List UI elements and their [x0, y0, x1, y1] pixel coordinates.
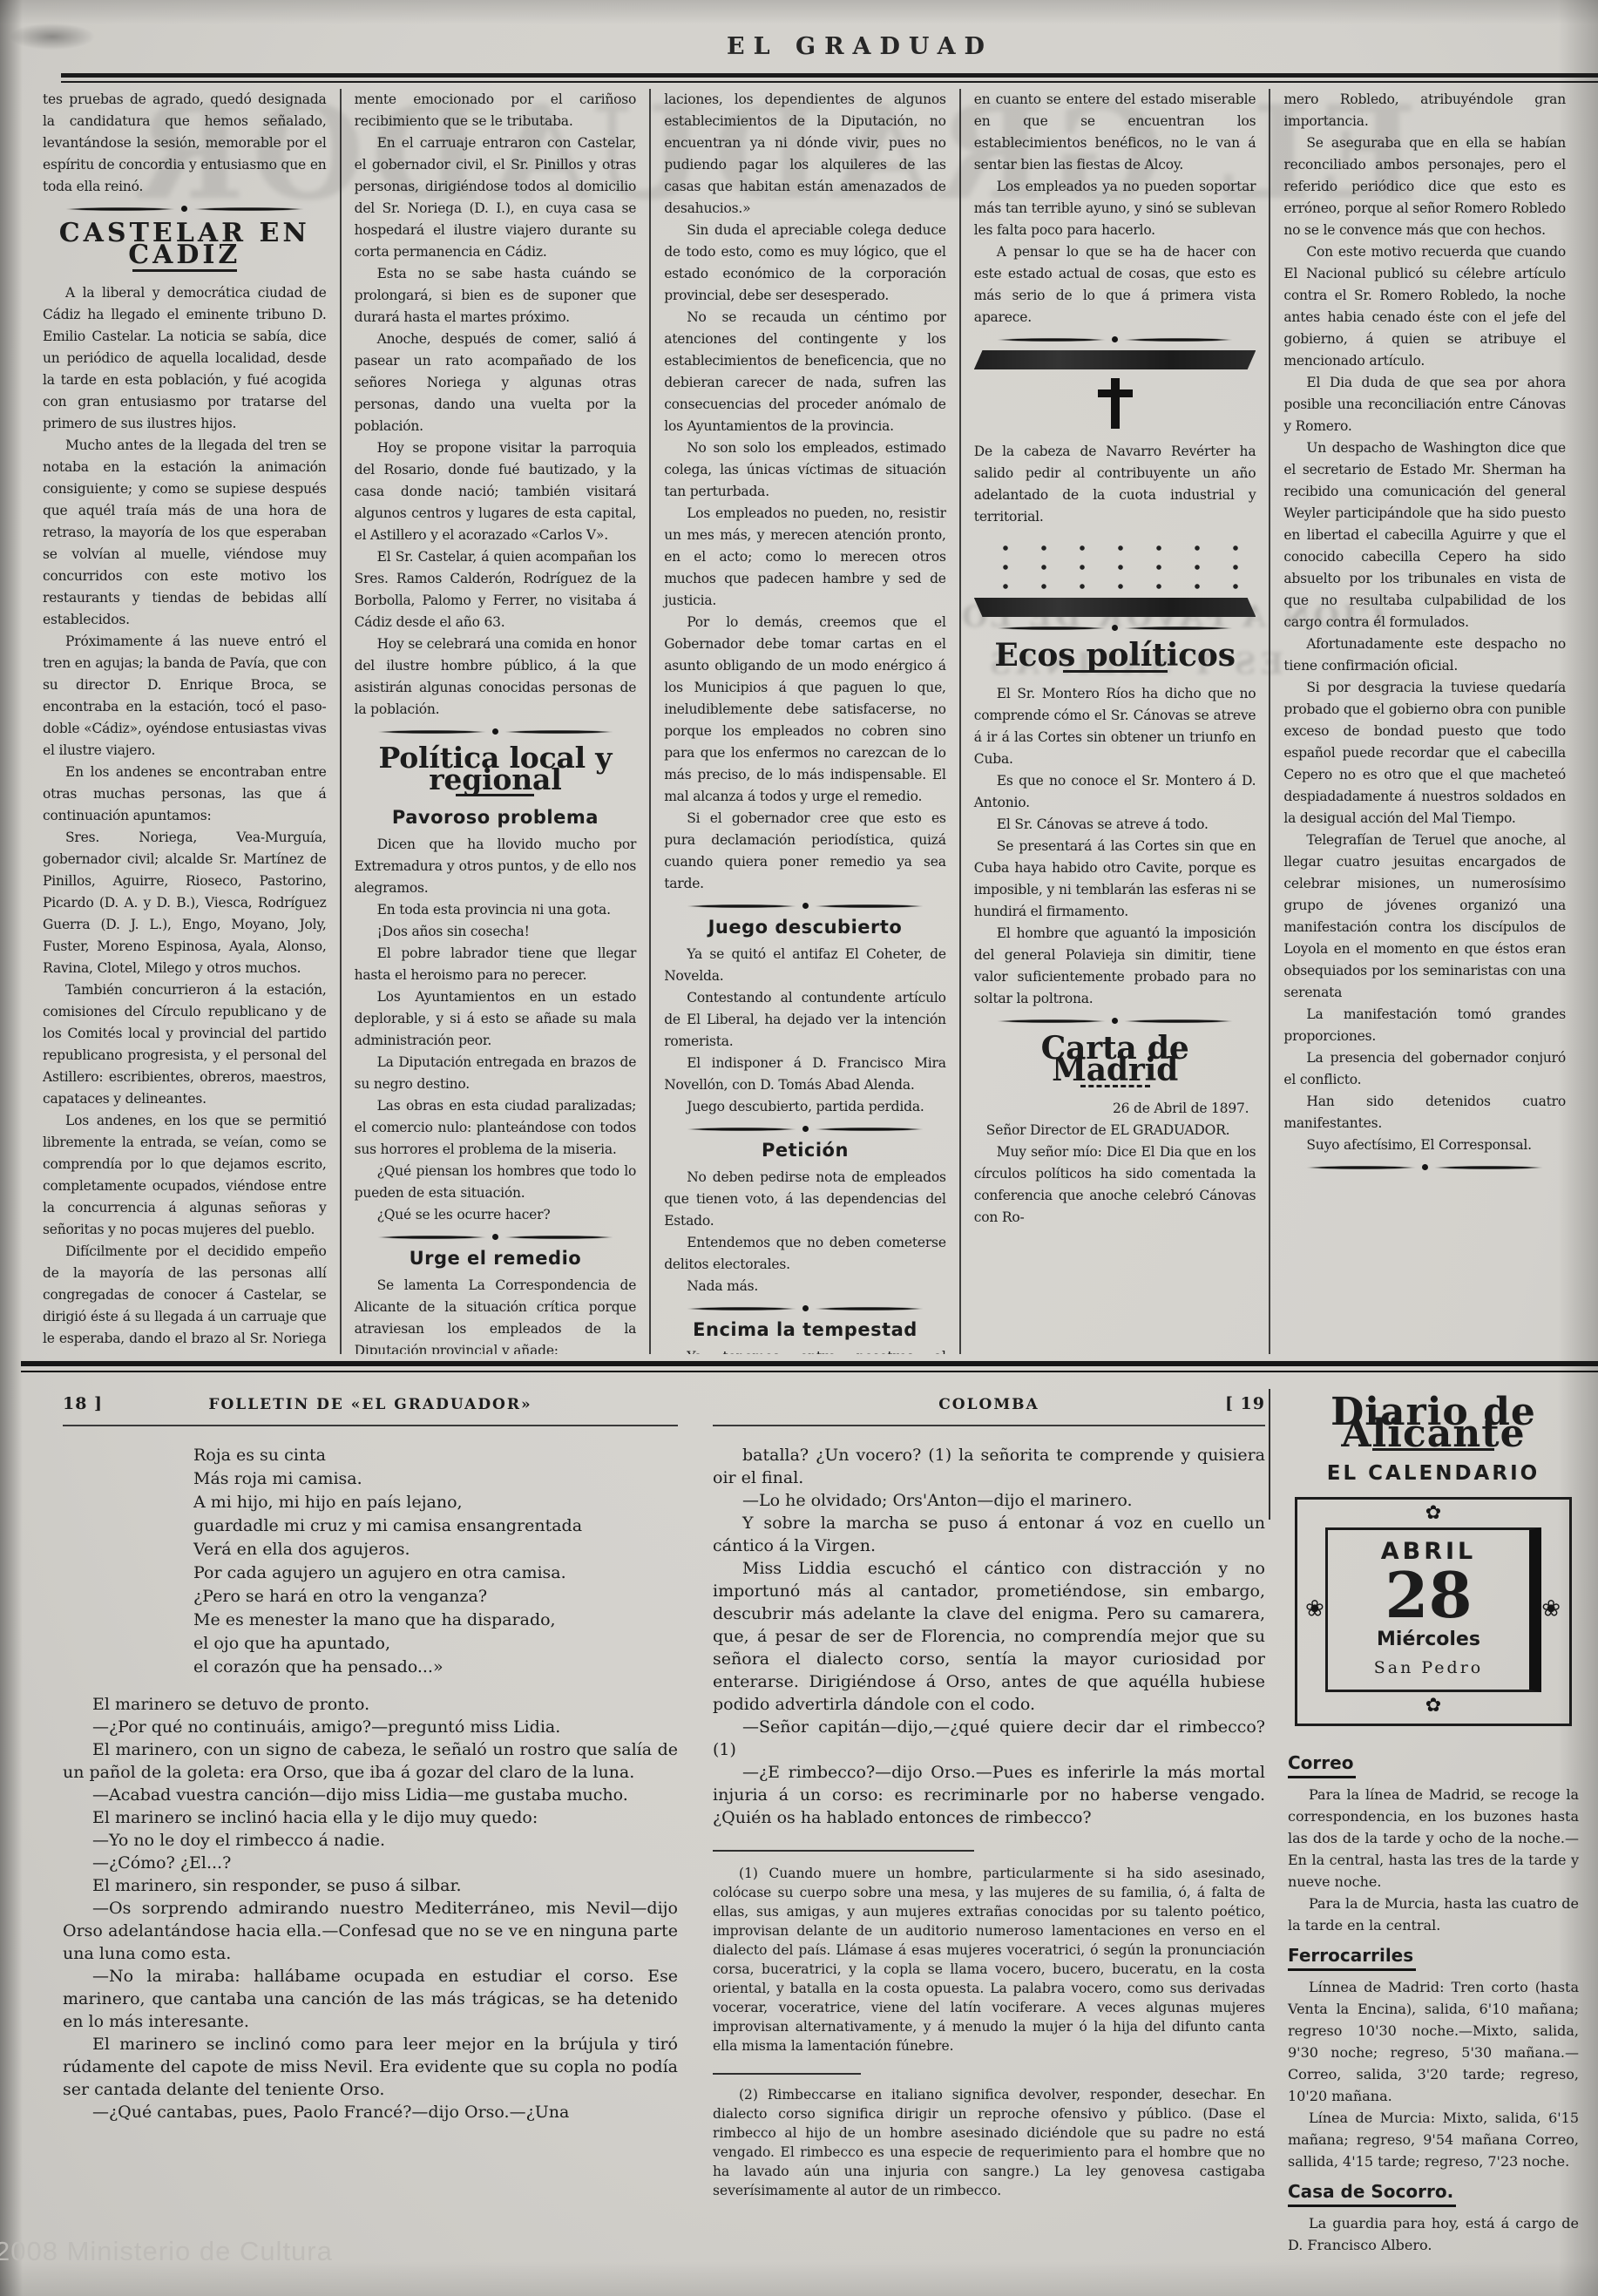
verse-line: el ojo que ha apuntado, — [193, 1632, 678, 1656]
notice-paragraph: Línnea de Madrid: Tren corto (hasta Vent… — [1288, 1976, 1579, 2107]
front-page-columns: tes pruebas de agrado, quedó designada l… — [30, 89, 1579, 1354]
obituary-notice: De la cabeza de Navarro Revérter ha sali… — [974, 350, 1256, 617]
feuilleton-title: FOLLETIN DE «EL GRADUADOR» — [159, 1393, 582, 1416]
article-paragraph: El pobre labrador tiene que llegar hasta… — [355, 943, 637, 986]
article-paragraph: Si el gobernador cree que esto es pura d… — [664, 808, 946, 895]
article-paragraph: No son solo los empleados, estimado cole… — [664, 437, 946, 503]
calendar-weekday: Miércoles — [1331, 1629, 1526, 1650]
newspaper-page: EL GRADUADOR CION A FAVOR DE LO ES Y SAL… — [0, 0, 1598, 2296]
archive-watermark: 2008 Ministerio de Cultura — [0, 2236, 333, 2267]
article-paragraph: Dicen que ha llovido mucho por Extremadu… — [355, 834, 637, 899]
article-paragraph: Los Ayuntamientos en un estado deplorabl… — [355, 986, 637, 1052]
mourning-bar — [974, 350, 1256, 369]
article-paragraph: Es que no conoce el Sr. Montero á D. Ant… — [974, 770, 1256, 814]
section-divider — [65, 206, 304, 212]
story-paragraph: El marinero se inclinó como para leer me… — [63, 2033, 678, 2101]
story-paragraph: El marinero se inclinó hacia ella y le d… — [63, 1806, 678, 1829]
story-paragraph: —¿Cómo? ¿El...? — [63, 1852, 678, 1874]
calendar-date-box: ❀ ❀ ABRIL 28 Miércoles San Pedro — [1325, 1527, 1541, 1692]
article-paragraph: Sres. Noriega, Vea-Murguía, gobernador c… — [43, 827, 327, 979]
story-paragraph: —¿Por qué no continuáis, amigo?—preguntó… — [63, 1716, 678, 1738]
article-paragraph: En toda esta provincia ni una gota. — [355, 899, 637, 921]
running-head: EL GRADUAD — [0, 33, 1598, 60]
article-paragraph: A pensar lo que se ha de hacer con este … — [974, 241, 1256, 328]
story-paragraph: batalla? ¿Un vocero? (1) la señorita te … — [713, 1444, 1265, 1489]
letter-date: 26 de Abril de 1897. — [974, 1098, 1256, 1120]
article-paragraph: Muy señor mío: Dice El Dia que en los cí… — [974, 1141, 1256, 1229]
article-paragraph: laciones, los dependientes de algunos es… — [664, 89, 946, 220]
article-paragraph: tes pruebas de agrado, quedó designada l… — [43, 89, 327, 198]
article-paragraph: Difícilmente por el decidido empeño de l… — [43, 1241, 327, 1354]
notice-paragraph: Para la de Murcia, hasta las cuatro de l… — [1288, 1893, 1579, 1936]
article-paragraph: Han sido detenidos cuatro manifestantes. — [1283, 1091, 1566, 1134]
subhead-casa-de-socorro: Casa de Socorro. — [1288, 2181, 1456, 2207]
story-paragraph: El marinero, con un signo de cabeza, le … — [63, 1738, 678, 1784]
article-paragraph: El Dia duda de que sea por ahora posible… — [1283, 372, 1566, 437]
article-paragraph: Los andenes, en los que se permitió libr… — [43, 1110, 327, 1241]
section-divider — [377, 1234, 614, 1240]
article-paragraph: Ya se quitó el antifaz El Coheter, de No… — [664, 944, 946, 987]
article-paragraph: ¿Qué piensan los hombres que todo lo pue… — [355, 1161, 637, 1204]
calendar-saint: San Pedro — [1331, 1657, 1526, 1679]
story-paragraph: —Yo no le doy el rimbecco á nadie. — [63, 1829, 678, 1852]
feuilleton-left-page: 18 ] FOLLETIN DE «EL GRADUADOR» Roja es … — [63, 1392, 678, 2123]
obituary-text: De la cabeza de Navarro Revérter ha sali… — [974, 441, 1256, 528]
article-paragraph: El Sr. Cánovas se atreve á todo. — [974, 814, 1256, 836]
story-paragraph: —Lo he olvidado; Ors'Anton—dijo el marin… — [713, 1489, 1265, 1512]
verse-line: Por cada agujero un agujero en otra cami… — [193, 1561, 678, 1585]
verse-line: Verá en ella dos agujeros. — [193, 1538, 678, 1561]
footnote-rule — [713, 1850, 974, 1852]
article-paragraph: Ya tenemos entre nosotros al gobernador … — [664, 1346, 946, 1354]
article-paragraph: Anoche, después de comer, salió á pasear… — [355, 328, 637, 437]
article-paragraph: Mucho antes de la llegada del tren se no… — [43, 435, 327, 631]
article-paragraph: Hoy se propone visitar la parroquia del … — [355, 437, 637, 546]
column-5: mero Robledo, atribuyéndole gran importa… — [1269, 89, 1579, 1354]
article-paragraph: Suyo afectísimo, El Corresponsal. — [1283, 1134, 1566, 1156]
article-paragraph: Por lo demás, creemos que el Gobernador … — [664, 612, 946, 808]
headline-carta-de-madrid: Carta de Madrid — [974, 1038, 1256, 1081]
article-paragraph: En el carruaje entraron con Castelar, el… — [355, 132, 637, 263]
subhead-el-calendario: EL CALENDARIO — [1288, 1463, 1579, 1485]
feuilleton-right-page: COLOMBA [ 19 batalla? ¿Un vocero? (1) la… — [713, 1392, 1265, 2200]
article-paragraph: ¿Qué se les ocurre hacer? — [355, 1204, 637, 1226]
article-paragraph: ¡Dos años sin cosecha! — [355, 921, 637, 943]
article-paragraph: Se presentará á las Cortes sin que en Cu… — [974, 836, 1256, 923]
article-paragraph: Juego descubierto, partida perdida. — [664, 1096, 946, 1118]
masthead-rule — [61, 73, 1598, 83]
article-paragraph: Sin duda el apreciable colega deduce de … — [664, 220, 946, 307]
section-divider — [687, 903, 924, 909]
article-paragraph: Se lamenta La Correspondencia de Alicant… — [355, 1275, 637, 1354]
story-paragraph: —Señor capitán—dijo,—¿qué quiere decir d… — [713, 1716, 1265, 1761]
verse-line: guardadle mi cruz y mi camisa ensangrent… — [193, 1514, 678, 1538]
article-paragraph: La Diputación entregada en brazos de su … — [355, 1052, 637, 1095]
mourning-bar — [974, 598, 1256, 617]
verse-line: ¿Pero se hará en otro la venganza? — [193, 1585, 678, 1609]
headline-politica-local: Política local y regional — [355, 747, 637, 790]
column-4: en cuanto se entere del estado miserable… — [959, 89, 1270, 1354]
verse-line: Roja es su cinta — [193, 1444, 678, 1467]
headline-diario-de-alicante: Diario de Alicante — [1288, 1401, 1579, 1445]
article-paragraph: Las obras en esta ciudad paralizadas; el… — [355, 1095, 637, 1161]
story-paragraph: —Os sorprendo admirando nuestro Mediterr… — [63, 1897, 678, 1965]
article-paragraph: La presencia del gobernador conjuró el c… — [1283, 1047, 1566, 1091]
notice-paragraph: Línea de Murcia: Mixto, salida, 6'15 mañ… — [1288, 2107, 1579, 2172]
verse-line: Me es menester la mano que ha disparado, — [193, 1609, 678, 1632]
subhead-ferrocarriles: Ferrocarriles — [1288, 1945, 1416, 1971]
article-paragraph: El indisponer á D. Francisco Mira Novell… — [664, 1053, 946, 1096]
page-number: 18 ] — [63, 1392, 159, 1415]
article-paragraph: La manifestación tomó grandes proporcion… — [1283, 1004, 1566, 1047]
article-paragraph: No se recauda un céntimo por atenciones … — [664, 307, 946, 437]
story-paragraph: El marinero, sin responder, se puso á si… — [63, 1874, 678, 1897]
floral-ornament-icon: ✿ — [1301, 1696, 1566, 1717]
article-paragraph: en cuanto se entere del estado miserable… — [974, 89, 1256, 176]
calendar-day: 28 — [1331, 1562, 1526, 1629]
footnote: (2) Rimbeccarse en italiano significa de… — [713, 2085, 1265, 2200]
story-paragraph: —No la miraba: hallábame ocupada en estu… — [63, 1965, 678, 2033]
article-paragraph: Si por desgracia la tuviese quedaría pro… — [1283, 677, 1566, 830]
article-paragraph: Hoy se celebrará una comida en honor del… — [355, 633, 637, 721]
article-paragraph: Esta no se sabe hasta cuándo se prolonga… — [355, 263, 637, 328]
column-1: tes pruebas de agrado, quedó designada l… — [30, 89, 340, 1354]
subhead-encima-la-tempestad: Encima la tempestad — [664, 1319, 946, 1341]
story-paragraph: —¿Qué cantabas, pues, Paolo Francé?—dijo… — [63, 2101, 678, 2123]
headline-castelar-en-cadiz: CASTELAR EN CADIZ — [43, 222, 327, 266]
section-divider — [1306, 1164, 1543, 1170]
subhead-juego-descubierto: Juego descubierto — [664, 917, 946, 938]
article-paragraph: mente emocionado por el cariñoso recibim… — [355, 89, 637, 132]
article-paragraph: Se aseguraba que en ella se habían recon… — [1283, 132, 1566, 241]
song-verse: Roja es su cinta Más roja mi camisa. A m… — [193, 1444, 678, 1679]
scroll-ornament-icon: ❀ — [1541, 1599, 1561, 1621]
section-divider — [377, 728, 614, 735]
verse-line: el corazón que ha pensado...» — [193, 1656, 678, 1679]
article-paragraph: El Sr. Castelar, á quien acompañan los S… — [355, 546, 637, 633]
footnote: (1) Cuando muere un hombre, particularme… — [713, 1864, 1265, 2056]
latin-cross-icon — [1111, 378, 1120, 429]
article-paragraph: Con este motivo recuerda que cuando El N… — [1283, 241, 1566, 372]
section-divider — [997, 625, 1234, 631]
article-paragraph: El Sr. Montero Ríos ha dicho que no comp… — [974, 683, 1256, 770]
article-paragraph: No deben pedirse nota de empleados que t… — [664, 1167, 946, 1232]
article-paragraph: Nada más. — [664, 1276, 946, 1297]
floral-ornament-icon: ✿ — [1301, 1503, 1566, 1524]
calendar-widget: ✿ ❀ ❀ ABRIL 28 Miércoles San Pedro ✿ — [1295, 1497, 1572, 1726]
article-paragraph: Los empleados ya no pueden soportar más … — [974, 176, 1256, 241]
column-3: laciones, los dependientes de algunos es… — [649, 89, 959, 1354]
article-paragraph: Próximamente á las nueve entró el tren e… — [43, 631, 327, 762]
story-paragraph: Miss Liddia escuchó el cántico con distr… — [713, 1557, 1265, 1716]
column-2: mente emocionado por el cariñoso recibim… — [340, 89, 650, 1354]
notice-paragraph: La guardia para hoy, está á cargo de D. … — [1288, 2212, 1579, 2256]
column-separator-rule — [1269, 1389, 1270, 1520]
section-divider — [687, 1305, 924, 1311]
article-paragraph: En los andenes se encontraban entre otra… — [43, 762, 327, 827]
verse-line: A mi hijo, mi hijo en país lejano, — [193, 1491, 678, 1514]
section-divider — [997, 336, 1234, 342]
section-separator-rule — [21, 1361, 1598, 1372]
article-paragraph: A la liberal y democrática ciudad de Cád… — [43, 282, 327, 435]
section-divider — [687, 1126, 924, 1132]
article-paragraph: Telegrafían de Teruel que anoche, al lle… — [1283, 830, 1566, 1004]
story-paragraph: —¿E rimbecco?—dijo Orso.—Pues es inferir… — [713, 1761, 1265, 1829]
feuilleton-header: COLOMBA [ 19 — [713, 1392, 1265, 1426]
ellipsis-dots — [979, 533, 1251, 591]
story-paragraph: Y sobre la marcha se puso á entonar á vo… — [713, 1512, 1265, 1557]
article-paragraph: Contestando al contundente artículo de E… — [664, 987, 946, 1053]
feuilleton-title: COLOMBA — [809, 1393, 1169, 1416]
article-paragraph: Entendemos que no deben cometerse delito… — [664, 1232, 946, 1276]
diario-de-alicante-column: Diario de Alicante EL CALENDARIO ✿ ❀ ❀ A… — [1288, 1401, 1579, 2256]
subhead-correo: Correo — [1288, 1752, 1356, 1778]
article-paragraph: mero Robledo, atribuyéndole gran importa… — [1283, 89, 1566, 132]
article-paragraph: Los empleados no pueden, no, resistir un… — [664, 503, 946, 612]
page-number: [ 19 — [1169, 1392, 1265, 1415]
story-paragraph: —Acabad vuestra canción—dijo miss Lidia—… — [63, 1784, 678, 1806]
article-paragraph: Afortunadamente este despacho no tiene c… — [1283, 633, 1566, 677]
letter-salutation: Señor Director de EL GRADUADOR. — [974, 1120, 1256, 1141]
article-paragraph: El hombre que aguantó la imposición del … — [974, 923, 1256, 1010]
article-paragraph: También concurrieron á la estación, comi… — [43, 979, 327, 1110]
subhead-peticion: Petición — [664, 1140, 946, 1162]
footnote-rule — [713, 2073, 861, 2075]
article-paragraph: Un despacho de Washington dice que el se… — [1283, 437, 1566, 633]
scroll-ornament-icon: ❀ — [1305, 1599, 1324, 1621]
notice-paragraph: Para la línea de Madrid, se recoge la co… — [1288, 1784, 1579, 1893]
subhead-urge-el-remedio: Urge el remedio — [355, 1248, 637, 1270]
section-divider — [997, 1018, 1234, 1024]
feuilleton-header: 18 ] FOLLETIN DE «EL GRADUADOR» — [63, 1392, 678, 1426]
verse-line: Más roja mi camisa. — [193, 1467, 678, 1491]
subhead-pavoroso-problema: Pavoroso problema — [355, 807, 637, 829]
story-paragraph: El marinero se detuvo de pronto. — [63, 1693, 678, 1716]
headline-ecos-politicos: Ecos políticos — [974, 645, 1256, 667]
